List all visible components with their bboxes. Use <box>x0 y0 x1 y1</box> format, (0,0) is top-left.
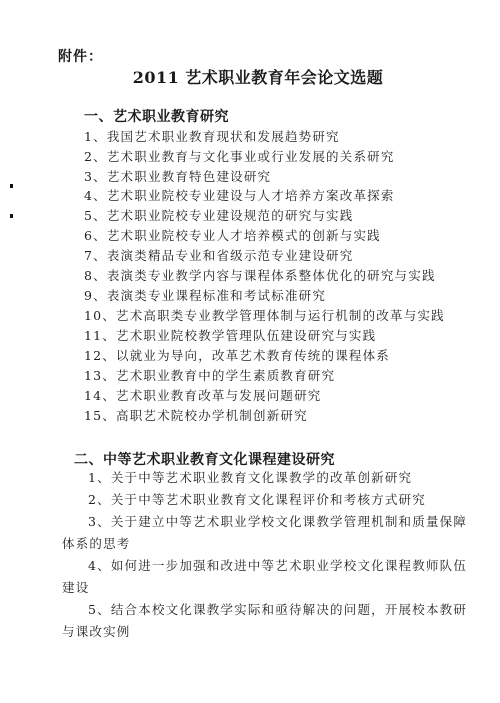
list-item: 1、我国艺术职业教育现状和发展趋势研究 <box>84 127 340 145</box>
list-item: 5、结合本校文化课教学实际和亟待解决的问题，开展校本教研 <box>88 600 467 618</box>
scan-mark <box>10 184 13 188</box>
document-page: 附件： 2011 艺术职业教育年会论文选题 一、艺术职业教育研究 1、我国艺术职… <box>0 0 500 703</box>
list-item: 8、表演类专业教学内容与课程体系整体优化的研究与实践 <box>84 266 436 284</box>
list-item: 12、以就业为导向，改革艺术教育传统的课程体系 <box>84 346 390 364</box>
document-title: 2011 艺术职业教育年会论文选题 <box>0 65 500 88</box>
list-item: 14、艺术职业教育改革与发展问题研究 <box>84 386 322 404</box>
list-item: 13、艺术职业教育中的学生素质教育研究 <box>84 366 335 384</box>
list-item: 5、艺术职业院校专业建设规范的研究与实践 <box>84 206 353 224</box>
list-item: 3、艺术职业教育特色建设研究 <box>84 167 271 185</box>
scan-mark <box>10 214 13 218</box>
list-item: 6、艺术职业院校专业人才培养模式的创新与实践 <box>84 226 381 244</box>
list-item: 7、表演类精品专业和省级示范专业建设研究 <box>84 246 353 264</box>
attachment-label: 附件： <box>58 46 103 66</box>
list-item-continuation: 与课改实例 <box>62 622 131 640</box>
list-item: 11、艺术职业院校教学管理队伍建设研究与实践 <box>84 326 376 344</box>
list-item-continuation: 建设 <box>62 578 89 596</box>
list-item: 10、艺术高职类专业教学管理体制与运行机制的改革与实践 <box>84 306 445 324</box>
list-item-continuation: 体系的思考 <box>62 534 131 552</box>
list-item: 4、如何进一步加强和改进中等艺术职业学校文化课程教师队伍 <box>88 556 467 574</box>
section-heading-1: 一、艺术职业教育研究 <box>84 106 229 126</box>
list-item: 2、艺术职业教育与文化事业或行业发展的关系研究 <box>84 147 395 165</box>
list-item: 1、关于中等艺术职业教育文化课教学的改革创新研究 <box>88 468 412 486</box>
list-item: 15、高职艺术院校办学机制创新研究 <box>84 406 308 424</box>
list-item: 4、艺术职业院校专业建设与人才培养方案改革探索 <box>84 186 395 204</box>
section-heading-2: 二、中等艺术职业教育文化课程建设研究 <box>74 449 335 469</box>
list-item: 3、关于建立中等艺术职业学校文化课教学管理机制和质量保障 <box>88 512 467 530</box>
list-item: 2、关于中等艺术职业教育文化课程评价和考核方式研究 <box>88 490 426 508</box>
list-item: 9、表演类专业课程标准和考试标准研究 <box>84 286 326 304</box>
